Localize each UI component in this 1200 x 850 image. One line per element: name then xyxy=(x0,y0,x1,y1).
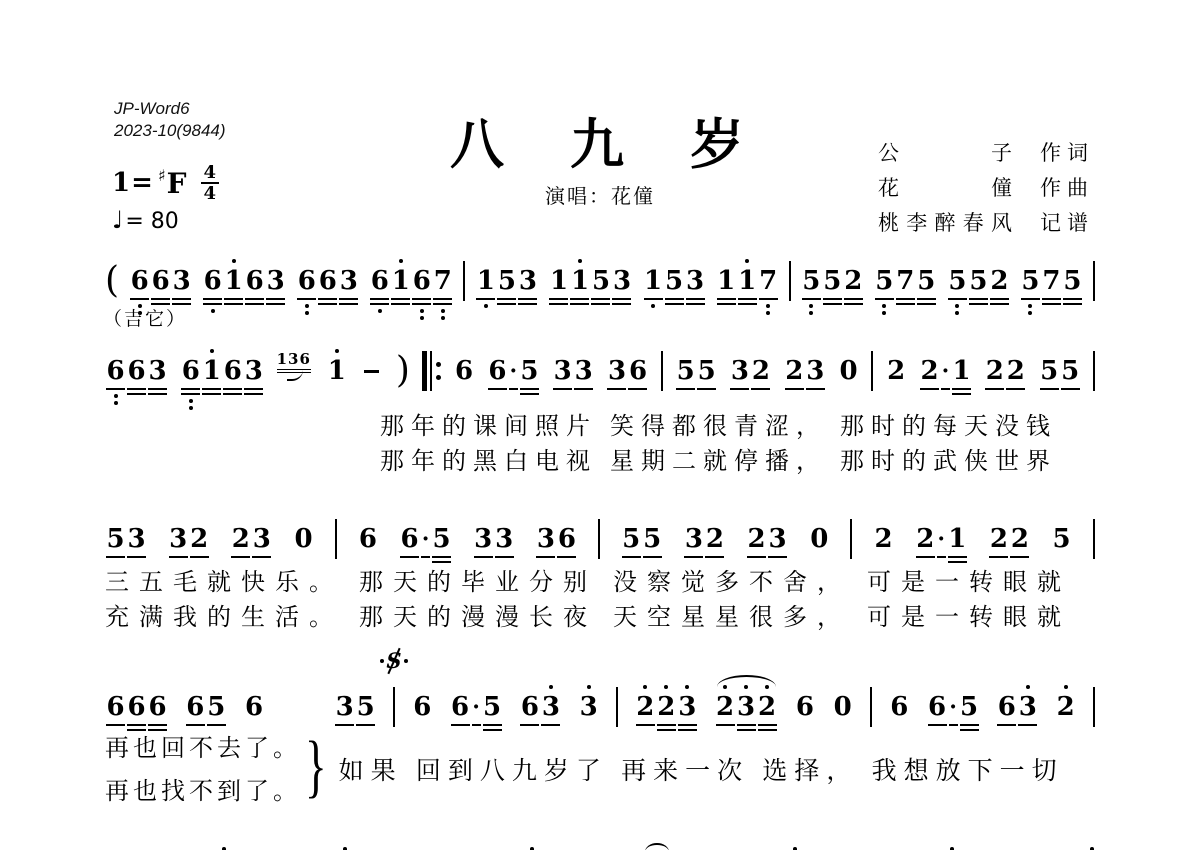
note-3: 3 xyxy=(611,266,632,296)
note-3: 3 xyxy=(683,524,704,554)
note-2: 2 xyxy=(1009,524,1030,554)
note-6: 6 xyxy=(399,524,420,554)
note-3: 3 xyxy=(147,356,168,386)
note-6: 6 xyxy=(105,356,126,386)
credit-name: 花僮 xyxy=(878,171,1012,206)
beat-group: 663 xyxy=(296,266,359,296)
note-5: 5 xyxy=(696,356,717,386)
note-1: 1 xyxy=(201,356,222,386)
octave-dot-above xyxy=(715,685,736,689)
note-6: 6 xyxy=(794,692,815,722)
music-line-1: (663616366361671531153153117552575552575 xyxy=(105,266,1095,296)
note-0: 0 xyxy=(293,524,314,554)
note-6: 6 xyxy=(185,692,206,722)
credit-row: 花僮作曲 xyxy=(878,171,1094,206)
octave-dot-below xyxy=(411,309,432,320)
note-2: 2 xyxy=(989,266,1010,296)
beat-group: 32 xyxy=(168,524,210,554)
note-5: 5 xyxy=(496,266,517,296)
note-5: 5 xyxy=(1020,266,1041,296)
beat-group: 6167 xyxy=(369,266,453,296)
credit-row: 桃李醉春风记谱 xyxy=(878,206,1094,241)
note-1: 1 xyxy=(716,266,737,296)
note-3: 3 xyxy=(171,266,192,296)
beat-group: 575 xyxy=(874,266,937,296)
beat-group: 552 xyxy=(801,266,864,296)
note-2: 2 xyxy=(919,356,940,386)
credit-name: 桃李醉春风 xyxy=(878,206,1012,241)
note-2: 2 xyxy=(704,524,725,554)
note-3: 3 xyxy=(535,524,556,554)
note-6: 6 xyxy=(202,266,223,296)
lyrics-verse2-row2: 充满我的生活。 那天的漫漫长夜 天空星星很多， 可是一转眼就 xyxy=(105,597,1071,632)
note-1: 1 xyxy=(951,356,972,386)
beat-group: 33 xyxy=(473,524,515,554)
lyrics-chorus: 如果 回到八九岁了 再来一次 选择， 我想放下一切 xyxy=(339,747,1064,787)
note-6: 6 xyxy=(126,692,147,722)
note-3: 3 xyxy=(334,692,355,722)
beat-group: 33 xyxy=(552,356,594,386)
tempo-marking: ♩= 80 xyxy=(112,206,179,234)
barline xyxy=(463,261,465,301)
beat-group: 23 xyxy=(746,524,788,554)
octave-dot-above xyxy=(1017,685,1038,689)
note-6: 6 xyxy=(889,692,910,722)
lyrics-ending-2: 再也找不到了。 xyxy=(105,771,301,806)
note-5: 5 xyxy=(621,524,642,554)
beat-group: 2·1 xyxy=(919,356,972,386)
note-3: 3 xyxy=(677,692,698,722)
grace-notes: 136 xyxy=(277,350,311,370)
note-7: 7 xyxy=(758,266,779,296)
note-dot: · xyxy=(940,356,951,386)
note-6: 6 xyxy=(996,692,1017,722)
lyrics-row-3: 再也回不去了。 再也找不到了。 } 如果 回到八九岁了 再来一次 选择， 我想放… xyxy=(105,728,1064,806)
segno-icon: S xyxy=(385,647,403,675)
note-5: 5 xyxy=(355,692,376,722)
note-1: 1 xyxy=(947,524,968,554)
octave-dot-below xyxy=(1020,304,1041,315)
barline xyxy=(598,519,600,559)
note-6: 6 xyxy=(105,692,126,722)
note-5: 5 xyxy=(519,356,540,386)
octave-dot-above xyxy=(677,685,698,689)
note-2: 2 xyxy=(886,356,907,386)
note-3: 3 xyxy=(251,524,272,554)
note-2: 2 xyxy=(1055,692,1076,722)
note-2: 2 xyxy=(750,356,771,386)
note-7: 7 xyxy=(432,266,453,296)
octave-dot-below xyxy=(105,394,126,405)
octave-dot-above xyxy=(736,685,757,689)
barline xyxy=(789,261,791,301)
note-6: 6 xyxy=(454,356,475,386)
beat-group: 153 xyxy=(643,266,706,296)
note-3: 3 xyxy=(552,356,573,386)
octave-dot-above xyxy=(737,259,758,263)
note-2: 2 xyxy=(746,524,767,554)
note-6: 6 xyxy=(556,524,577,554)
note-5: 5 xyxy=(1051,524,1072,554)
beat-group: 663 xyxy=(105,356,168,386)
beat-group: 36 xyxy=(535,524,577,554)
note-7: 7 xyxy=(1041,266,1062,296)
cutoff-slur-icon xyxy=(645,843,669,850)
beat-group: 55 xyxy=(675,356,717,386)
lyrics-endings: 再也回不去了。 再也找不到了。 xyxy=(105,728,301,806)
beat-group: 35 xyxy=(334,692,376,722)
note-2: 2 xyxy=(784,356,805,386)
note-5: 5 xyxy=(675,356,696,386)
sheet-music-page: JP-Word6 2023-10(9844) 1=♯F 4 4 ♩= 80 八 … xyxy=(0,0,1200,850)
note-6: 6 xyxy=(411,266,432,296)
octave-dot-above xyxy=(223,259,244,263)
close-paren: ) xyxy=(396,356,410,386)
note-3: 3 xyxy=(168,524,189,554)
beat-group: 32 xyxy=(683,524,725,554)
note-3: 3 xyxy=(1017,692,1038,722)
note-0: 0 xyxy=(832,692,853,722)
octave-dot-below xyxy=(296,304,317,315)
barline xyxy=(661,351,663,391)
note-6: 6 xyxy=(244,266,265,296)
beat-group: 153 xyxy=(475,266,538,296)
note-2: 2 xyxy=(715,692,736,722)
note-dot: · xyxy=(420,524,431,554)
note-dot: · xyxy=(471,692,482,722)
beat-group: 32 xyxy=(729,356,771,386)
octave-dot-below xyxy=(801,304,822,315)
octave-dot-below xyxy=(947,304,968,315)
note-5: 5 xyxy=(959,692,980,722)
beat-group: 63 xyxy=(996,692,1038,722)
octave-dot-above xyxy=(326,349,347,353)
note-3: 3 xyxy=(767,524,788,554)
note-5: 5 xyxy=(1039,356,1060,386)
lyrics-verse2-row1: 那年的黑白电视 星期二就停播， 那时的武侠世界 xyxy=(380,441,1057,476)
octave-dot-above xyxy=(390,259,411,263)
note-6: 6 xyxy=(450,692,471,722)
beat-group: 65 xyxy=(185,692,227,722)
beat-group: 6·5 xyxy=(399,524,452,554)
note-5: 5 xyxy=(431,524,452,554)
note-5: 5 xyxy=(590,266,611,296)
note-3: 3 xyxy=(517,266,538,296)
barline xyxy=(1093,687,1095,727)
note-6: 6 xyxy=(129,266,150,296)
note-2: 2 xyxy=(988,524,1009,554)
credit-name: 公子 xyxy=(878,136,1012,171)
octave-dot-above xyxy=(578,685,599,689)
note-dot: · xyxy=(948,692,959,722)
beat-group: 6163 xyxy=(202,266,286,296)
note-dot: · xyxy=(508,356,519,386)
octave-dot-above xyxy=(635,685,656,689)
octave-dot-above xyxy=(201,349,222,353)
guitar-annotation: （吉它） xyxy=(103,304,187,331)
note-3: 3 xyxy=(494,524,515,554)
note-3: 3 xyxy=(473,524,494,554)
note-5: 5 xyxy=(664,266,685,296)
note-2: 2 xyxy=(635,692,656,722)
octave-dot-below xyxy=(202,309,223,313)
duration-dash xyxy=(360,356,384,386)
note-2: 2 xyxy=(230,524,251,554)
note-6: 6 xyxy=(487,356,508,386)
note-0: 0 xyxy=(838,356,859,386)
credit-role: 作词 xyxy=(1040,136,1094,171)
barline xyxy=(871,351,873,391)
note-6: 6 xyxy=(296,266,317,296)
beat-group: 23 xyxy=(784,356,826,386)
beat-group: 552 xyxy=(947,266,1010,296)
note-5: 5 xyxy=(916,266,937,296)
note-5: 5 xyxy=(874,266,895,296)
beat-group: 575 xyxy=(1020,266,1083,296)
beat-group: 663 xyxy=(129,266,192,296)
note-6: 6 xyxy=(357,524,378,554)
music-line-2: 66361631361)66·53336553223022·12255 xyxy=(105,356,1095,386)
beat-group: 22 xyxy=(984,356,1026,386)
quarter-note-icon: ♩ xyxy=(112,206,123,234)
note-3: 3 xyxy=(736,692,757,722)
note-3: 3 xyxy=(578,692,599,722)
music-line-4: 66665635S66·56332232326066·5632 xyxy=(105,692,1095,722)
rest-space xyxy=(281,707,317,708)
barline xyxy=(850,519,852,559)
lyrics-verse1-row2: 三五毛就快乐。 那天的毕业分别 没察觉多不舍， 可是一转眼就 xyxy=(105,562,1071,597)
note-3: 3 xyxy=(243,356,264,386)
note-2: 2 xyxy=(656,692,677,722)
note-dot: · xyxy=(936,524,947,554)
note-3: 3 xyxy=(540,692,561,722)
beat-group: 6·5 xyxy=(450,692,503,722)
note-2: 2 xyxy=(873,524,894,554)
barline xyxy=(870,687,872,727)
note-2: 2 xyxy=(189,524,210,554)
note-1: 1 xyxy=(390,266,411,296)
beat-group: 36 xyxy=(606,356,648,386)
note-2: 2 xyxy=(1005,356,1026,386)
note-3: 3 xyxy=(729,356,750,386)
credits-block: 公子作词花僮作曲桃李醉春风记谱 xyxy=(878,136,1094,241)
octave-dot-above xyxy=(569,259,590,263)
barline xyxy=(616,687,618,727)
note-6: 6 xyxy=(180,356,201,386)
barline: S xyxy=(393,687,395,727)
lyrics-verse1-row1: 那年的课间照片 笑得都很青涩， 那时的每天没钱 xyxy=(380,406,1057,441)
tempo-value: = 80 xyxy=(125,209,178,234)
note-1: 1 xyxy=(643,266,664,296)
barline xyxy=(1093,519,1095,559)
beat-group: 6·5 xyxy=(487,356,540,386)
note-6: 6 xyxy=(147,692,168,722)
beat-group: 55 xyxy=(1039,356,1081,386)
beat-group: 55 xyxy=(621,524,663,554)
note-3: 3 xyxy=(265,266,286,296)
music-line-3: 533223066·53336553223022·1225 xyxy=(105,524,1095,554)
octave-dot-below xyxy=(874,304,895,315)
beat-group: 223 xyxy=(635,692,698,722)
barline xyxy=(335,519,337,559)
note-3: 3 xyxy=(573,356,594,386)
beat-group: 2·1 xyxy=(915,524,968,554)
beat-group: 232 xyxy=(715,692,778,722)
octave-dot-below xyxy=(758,304,779,315)
octave-dot-below xyxy=(369,309,390,313)
note-6: 6 xyxy=(369,266,390,296)
note-5: 5 xyxy=(105,524,126,554)
note-2: 2 xyxy=(984,356,1005,386)
octave-dot-above xyxy=(757,685,778,689)
barline xyxy=(1093,261,1095,301)
octave-dot-below xyxy=(180,399,201,410)
beat-group: 117 xyxy=(716,266,779,296)
note-1: 1 xyxy=(475,266,496,296)
note-2: 2 xyxy=(757,692,778,722)
repeat-start-sign xyxy=(422,351,441,391)
note-5: 5 xyxy=(1060,356,1081,386)
beat-group: 1153 xyxy=(548,266,632,296)
note-5: 5 xyxy=(1062,266,1083,296)
note-5: 5 xyxy=(968,266,989,296)
lyrics-ending-1: 再也回不去了。 xyxy=(105,728,301,763)
credit-row: 公子作词 xyxy=(878,136,1094,171)
note-1: 1 xyxy=(326,356,347,386)
note-2: 2 xyxy=(915,524,936,554)
octave-dot-below xyxy=(432,309,453,320)
note-6: 6 xyxy=(927,692,948,722)
note-6: 6 xyxy=(126,356,147,386)
note-6: 6 xyxy=(222,356,243,386)
beat-group: 23 xyxy=(230,524,272,554)
barline xyxy=(1093,351,1095,391)
note-3: 3 xyxy=(805,356,826,386)
octave-dot-above xyxy=(1055,685,1076,689)
note-5: 5 xyxy=(801,266,822,296)
octave-dot-below xyxy=(643,304,664,308)
note-0: 0 xyxy=(809,524,830,554)
beat-group: 6·5 xyxy=(927,692,980,722)
note-3: 3 xyxy=(606,356,627,386)
note-3: 3 xyxy=(126,524,147,554)
octave-dot-above xyxy=(656,685,677,689)
note-1: 1 xyxy=(737,266,758,296)
note-5: 5 xyxy=(947,266,968,296)
beat-group: 63 xyxy=(519,692,561,722)
open-paren: ( xyxy=(105,266,119,296)
beat-group: 53 xyxy=(105,524,147,554)
lyrics-brace: } xyxy=(305,735,327,799)
note-3: 3 xyxy=(338,266,359,296)
note-6: 6 xyxy=(519,692,540,722)
note-6: 6 xyxy=(244,692,265,722)
note-6: 6 xyxy=(317,266,338,296)
grace-slur-icon xyxy=(287,370,303,381)
note-6: 6 xyxy=(412,692,433,722)
note-6: 6 xyxy=(627,356,648,386)
note-5: 5 xyxy=(206,692,227,722)
cutoff-next-line xyxy=(0,840,1200,850)
note-5: 5 xyxy=(642,524,663,554)
octave-dot-above xyxy=(540,685,561,689)
octave-dot-below xyxy=(475,304,496,308)
credit-role: 作曲 xyxy=(1040,171,1094,206)
note-1: 1 xyxy=(223,266,244,296)
note-3: 3 xyxy=(685,266,706,296)
beat-group: 22 xyxy=(988,524,1030,554)
note-5: 5 xyxy=(482,692,503,722)
note-2: 2 xyxy=(843,266,864,296)
beat-group: 6163 xyxy=(180,356,264,386)
note-6: 6 xyxy=(150,266,171,296)
note-5: 5 xyxy=(822,266,843,296)
note-1: 1 xyxy=(548,266,569,296)
beat-group: 666 xyxy=(105,692,168,722)
note-7: 7 xyxy=(895,266,916,296)
credit-role: 记谱 xyxy=(1040,206,1094,241)
note-1: 1 xyxy=(569,266,590,296)
